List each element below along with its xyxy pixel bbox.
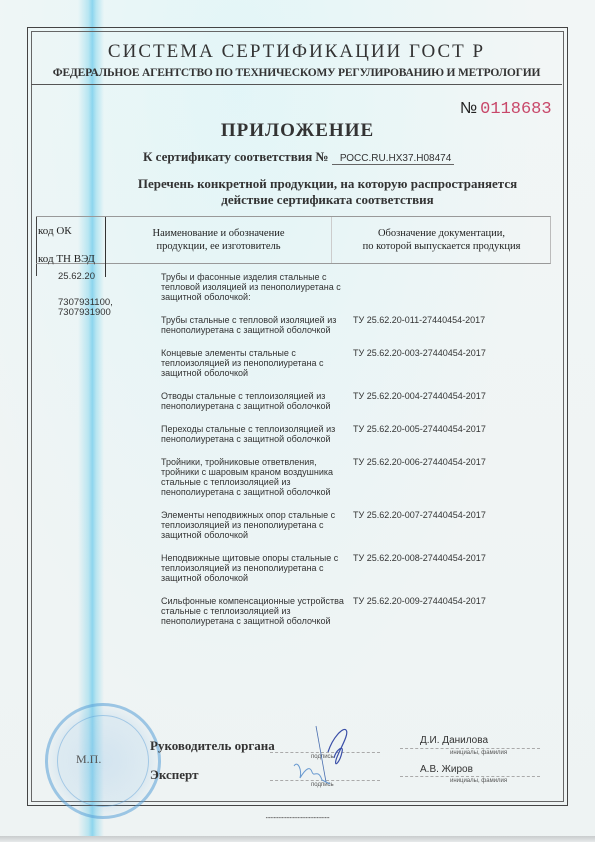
product-list: Трубы и фасонные изделия стальные с тепл… [161,272,541,639]
stamp-place-label: М.П. [76,752,101,767]
expert-name-caption: инициалы, фамилия [450,778,507,784]
expert-name-line [400,776,540,777]
table-row: Отводы стальные с теплоизоляцией из пено… [161,391,541,411]
code-column-header: код ОК код ТН ВЭД [36,217,106,277]
name-header-line1: Наименование и обозначение [106,227,331,240]
signature-scribbles [288,722,378,792]
product-name: Неподвижные щитовые опоры стальные с теп… [161,553,351,583]
form-number: №0118683 [460,100,552,119]
product-spec-doc: ТУ 25.62.20-003-27440454-2017 [353,348,486,378]
table-row: Сильфонные компенсационные устройства ст… [161,596,541,626]
head-name-line [400,748,540,749]
certificate-label: К сертификату соответствия № [143,149,329,164]
name-column-header: Наименование и обозначение продукции, ее… [106,217,332,263]
certificate-number: РОСС.RU.НХ37.Н08474 [332,153,454,165]
list-title: Перечень конкретной продукции, на котору… [100,176,555,208]
table-row: Тройники, тройниковые ответвления, тройн… [161,457,541,497]
expert-label: Эксперт [150,767,198,783]
table-header: код ОК код ТН ВЭД Наименование и обознач… [36,216,551,264]
page-edge [0,836,595,842]
product-spec-doc: ТУ 25.62.20-004-27440454-2017 [353,391,486,411]
code-tnved-header: код ТН ВЭД [38,253,95,265]
list-title-line1: Перечень конкретной продукции, на котору… [100,176,555,192]
product-name: Сильфонные компенсационные устройства ст… [161,596,351,626]
code-ok-header: код ОК [38,225,72,237]
agency-title: ФЕДЕРАЛЬНОЕ АГЕНТСТВО ПО ТЕХНИЧЕСКОМУ РЕ… [31,67,562,79]
expert-name: А.В. Жиров [420,764,473,775]
head-name-caption: инициалы, фамилия [450,750,507,756]
system-title: СИСТЕМА СЕРТИФИКАЦИИ ГОСТ Р [31,41,562,63]
number-sign: № [460,100,477,117]
product-name: Элементы неподвижных опор стальные с теп… [161,510,351,540]
head-name: Д.И. Данилова [420,735,488,746]
product-name: Тройники, тройниковые ответвления, тройн… [161,457,351,497]
appendix-title: ПРИЛОЖЕНИЕ [0,120,595,142]
table-row: Переходы стальные с теплоизоляцией из пе… [161,424,541,444]
code-tnved-value-2: 7307931900 [58,308,113,318]
doc-header-line2: по которой выпускается продукция [333,240,550,253]
table-row: Неподвижные щитовые опоры стальные с теп… [161,553,541,583]
doc-header-line1: Обозначение документации, [333,227,550,240]
product-name: Отводы стальные с теплоизоляцией из пено… [161,391,351,411]
table-row: Трубы и фасонные изделия стальные с тепл… [161,272,541,302]
product-name: Концевые элементы стальные с теплоизоляц… [161,348,351,378]
product-spec-doc: ТУ 25.62.20-009-27440454-2017 [353,596,486,626]
form-number-value: 0118683 [480,100,551,119]
name-header-line2: продукции, ее изготовитель [106,240,331,253]
product-spec-doc: ТУ 25.62.20-007-27440454-2017 [353,510,486,540]
seal-stamp [45,703,161,819]
product-name: Переходы стальные с теплоизоляцией из пе… [161,424,351,444]
certificate-reference: К сертификату соответствия № РОСС.RU.НХ3… [143,149,454,165]
printer-fine-print: ▪▪▪▪▪▪▪▪▪▪▪▪▪▪▪▪▪▪▪▪▪▪▪▪▪▪▪▪▪▪▪▪▪▪▪▪▪▪▪▪ [0,815,595,820]
product-spec-doc: ТУ 25.62.20-006-27440454-2017 [353,457,486,497]
product-name: Трубы стальные с тепловой изоляцией из п… [161,315,351,335]
product-spec-doc: ТУ 25.62.20-011-27440454-2017 [353,315,485,335]
header-box: СИСТЕМА СЕРТИФИКАЦИИ ГОСТ Р ФЕДЕРАЛЬНОЕ … [31,31,562,85]
doc-column-header: Обозначение документации, по которой вып… [333,217,550,263]
product-spec-doc: ТУ 25.62.20-005-27440454-2017 [353,424,486,444]
table-row: Трубы стальные с тепловой изоляцией из п… [161,315,541,335]
head-label: Руководитель органа [150,738,275,754]
code-ok-value: 25.62.20 [58,272,113,282]
product-name: Трубы и фасонные изделия стальные с тепл… [161,272,351,302]
list-title-line2: действие сертификата соответствия [100,192,555,208]
table-row: Концевые элементы стальные с теплоизоляц… [161,348,541,378]
product-spec-doc: ТУ 25.62.20-008-27440454-2017 [353,553,486,583]
table-row: Элементы неподвижных опор стальные с теп… [161,510,541,540]
product-codes: 25.62.20 7307931100, 7307931900 [58,272,113,318]
